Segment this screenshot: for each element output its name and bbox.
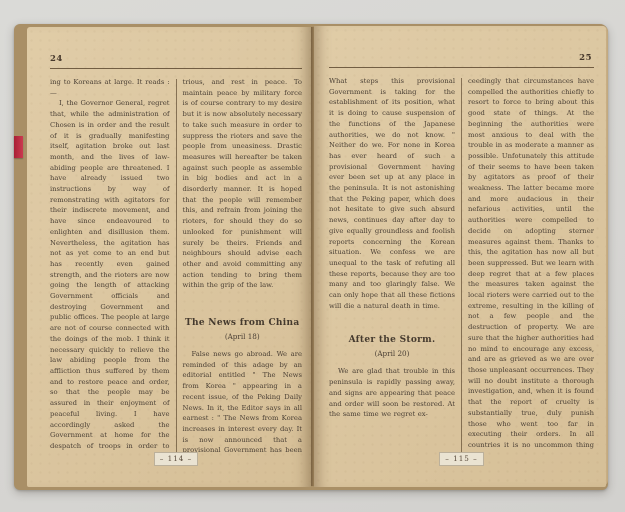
folio-label: – 114 – bbox=[154, 452, 198, 466]
column-2-left: trious, and rest in peace. To maintain p… bbox=[183, 77, 303, 453]
paragraph: ceedingly that circumstances have compel… bbox=[468, 76, 594, 452]
column-2-right: ceedingly that circumstances have compel… bbox=[468, 76, 594, 452]
photo-background: 24 ing to Koreans at large. It reads :— … bbox=[0, 0, 625, 512]
text-columns-left: ing to Koreans at large. It reads :— I, … bbox=[50, 77, 302, 453]
paragraph: I, the Governor General, regret that, wh… bbox=[50, 98, 170, 453]
column-divider-right bbox=[461, 78, 462, 452]
page-left-content: 24 ing to Koreans at large. It reads :— … bbox=[50, 54, 302, 479]
paragraph: False news go abroad. We are reminded of… bbox=[183, 349, 303, 453]
text-columns-right: What steps this provisional Government i… bbox=[329, 76, 594, 452]
paragraph: What steps this provisional Government i… bbox=[329, 76, 455, 311]
article-date: (April 20) bbox=[329, 349, 455, 358]
open-book: 24 ing to Koreans at large. It reads :— … bbox=[14, 24, 608, 490]
folio-label: – 115 – bbox=[439, 452, 483, 466]
column-1-right: What steps this provisional Government i… bbox=[329, 76, 455, 452]
article-title-after-the-storm: After the Storm. bbox=[329, 335, 455, 345]
article-date: (April 18) bbox=[183, 332, 303, 341]
page-left: 24 ing to Koreans at large. It reads :— … bbox=[27, 27, 311, 487]
page-right: 25 What steps this provisional Governmen… bbox=[314, 26, 606, 487]
header-rule-right bbox=[329, 67, 594, 68]
article-title-news-from-china: The News from China bbox=[183, 318, 303, 328]
paragraph: We are glad that trouble in this peninsu… bbox=[329, 366, 455, 420]
paragraph: trious, and rest in peace. To maintain p… bbox=[183, 77, 303, 291]
page-number-right: 25 bbox=[329, 53, 594, 64]
page-number-left: 24 bbox=[50, 54, 302, 65]
folio-left: – 114 – bbox=[50, 446, 302, 466]
column-divider-left bbox=[176, 79, 177, 453]
folio-right: – 115 – bbox=[329, 446, 594, 466]
column-1-left: ing to Koreans at large. It reads :— I, … bbox=[50, 77, 170, 453]
page-right-content: 25 What steps this provisional Governmen… bbox=[329, 53, 594, 479]
header-rule-left bbox=[50, 68, 302, 69]
bookmark-ribbon bbox=[14, 136, 23, 158]
paragraph: ing to Koreans at large. It reads :— bbox=[50, 77, 170, 98]
